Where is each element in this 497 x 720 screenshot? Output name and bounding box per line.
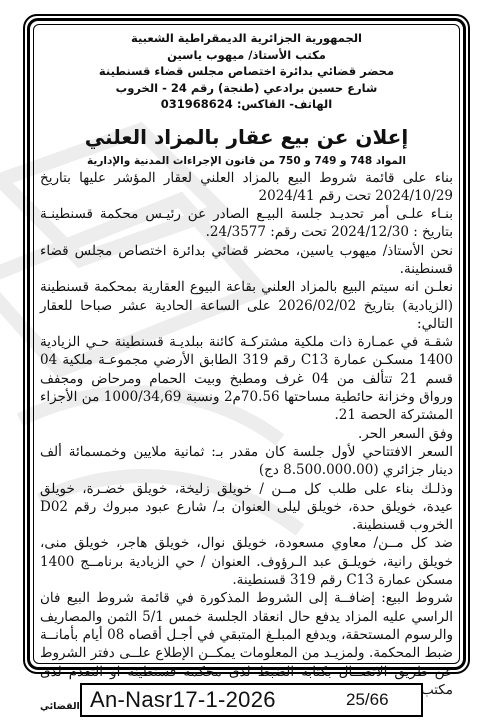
header-office-name: مكتب الأستاذ/ ميهوب ياسين	[40, 47, 453, 64]
header-phone-fax: الهاتف- الفاكس: 031968624	[40, 96, 453, 113]
notice-content: الجمهورية الجزائرية الديمقراطية الشعبية …	[40, 26, 453, 715]
header-republic-name: الجمهورية الجزائرية الديمقراطية الشعبية	[40, 30, 453, 47]
office-header: الجمهورية الجزائرية الديمقراطية الشعبية …	[40, 30, 453, 113]
paragraph-bailiff-identity: نحن الأستاذ/ ميهوب ياسين، محضر قضائي بدا…	[40, 242, 453, 279]
paragraph-pricing-mode: وفق السعر الحر.	[40, 425, 453, 443]
notice-title: إعلان عن بيع عقار بالمزاد العلني	[40, 123, 453, 151]
publication-name-date: An-Nasr17-1-2026	[82, 687, 310, 713]
paragraph-respondents: ضد كل مــن/ معاوي مسعودة، خويلق نوال، خو…	[40, 534, 453, 589]
paragraph-sale-conditions-reference: بناء على قائمة شروط البيع بالمزاد العلني…	[40, 169, 453, 206]
header-address: شارع حسين برادعي (طنجة) رقم 24 - الخروب	[40, 80, 453, 97]
page-number: 25/66	[310, 690, 389, 710]
header-bailiff-jurisdiction: محضر قضائي بدائرة اختصاص مجلس قضاء قسنطي…	[40, 63, 453, 80]
paragraph-opening-price: السعر الافتتاحي لأول جلسة كان مقدر بـ: ث…	[40, 443, 453, 480]
paragraph-auction-date: نعلـن انه سيتم البيع بالمزاد العلني بقاع…	[40, 278, 453, 333]
notice-legal-articles: المواد 748 و 749 و 750 من قانون الإجراءا…	[40, 153, 453, 169]
paragraph-property-description: شقـة في عمـارة ذات ملكية مشتركـة كائنة ب…	[40, 333, 453, 424]
publication-footer: An-Nasr17-1-2026 25/66	[80, 683, 423, 717]
paragraph-petitioners: وذلـك بناء على طلب كل مــن / خويلق زليخة…	[40, 480, 453, 535]
paragraph-court-order: بنـاء علـى أمر تحديـد جلسة البيـع الصادر…	[40, 205, 453, 242]
